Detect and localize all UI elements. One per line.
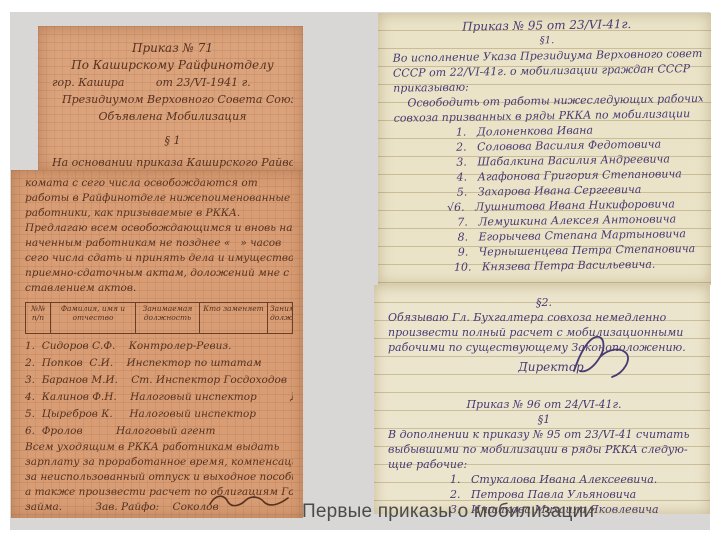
left-document-photo-top: Приказ № 71По Каширскому Райфинотделугор… [38, 26, 303, 172]
table-header-cell: Занимаемая должность [268, 303, 292, 333]
handwritten-line: 3. Баранов М.И. Ст. Инспектор Госдоходов… [25, 372, 293, 389]
handwritten-line: Президиумом Верховного Совета Союза ССР [62, 91, 293, 108]
handwritten-line: Приказ № 96 от 24/VI-41г. [388, 397, 700, 412]
handwritten-line: комата с сего числа освобождаются от [25, 176, 293, 191]
slide-caption: Первые приказы о мобилизации [302, 501, 594, 523]
right-document-photo-order95: Приказ № 95 от 23/VI-41г.§1.Во исполнени… [378, 13, 711, 285]
handwritten-line: выбывшими по мобилизации в ряды РККА сле… [388, 442, 700, 457]
handwritten-line: 4. Калинов Ф.Н. Налоговый инспектор Дыма… [25, 389, 293, 406]
table-header-cell: Фамилия, имя и отчество [51, 303, 136, 333]
handwritten-line: за неиспользованный отпуск и выходное по… [25, 470, 293, 485]
right-document-order96-text: §2.Обязываю Гл. Бухгалтера совхоза немед… [374, 285, 710, 514]
handwritten-line: приемно-сдаточным актам, доложений мне с… [25, 266, 293, 281]
table-header-cell: Кто заменяет [200, 303, 268, 333]
handwritten-line: На основании приказа Каширского Райвоен- [52, 154, 293, 171]
left-document-table-header: №№ п/п Фамилия, имя и отчество Занимаема… [25, 302, 293, 334]
slide-canvas: Приказ № 71По Каширскому Райфинотделугор… [10, 12, 710, 530]
handwritten-line: наченным работникам не позднее « » часов [25, 236, 293, 251]
handwritten-line: По Каширскому Райфинотделу [52, 57, 293, 74]
handwritten-line: 5. Цыребров К. Налоговый инспектор [25, 406, 293, 423]
handwritten-line: а также произвести расчет по облигациям … [25, 485, 293, 500]
right-document-order95-text: Приказ № 95 от 23/VI-41г.§1.Во исполнени… [378, 13, 711, 285]
handwritten-line: Объявлена Мобилизация [52, 108, 293, 125]
handwritten-line: Директор [518, 360, 700, 375]
table-header-cell: Занимаемая должность [136, 303, 200, 333]
handwritten-line: займа. Зав. Райфо: Соколов [25, 500, 293, 515]
handwritten-line: щие рабочие: [388, 457, 700, 472]
handwritten-line: 1. Сидоров С.Ф. Контролер-Ревиз. [25, 338, 293, 355]
handwritten-line: 10. Князева Петра Васильевича. [454, 256, 705, 275]
handwritten-line: §1 [388, 412, 700, 427]
handwritten-line: Приказ № 71 [52, 40, 293, 57]
handwritten-line: произвести полный расчет с мобилизационн… [388, 325, 700, 340]
handwritten-line: 2. Попков С.И. Инспектор по штатам [25, 355, 293, 372]
handwritten-line: §2. [388, 295, 700, 310]
handwritten-line: Всем уходящим в РККА работникам выдать [25, 440, 293, 455]
handwritten-line: сего числа сдать и принять дела и имущес… [25, 251, 293, 266]
handwritten-line: рабочими по существующему Законоположени… [388, 340, 700, 355]
handwritten-line: работники, как призываемые в РККА. [25, 206, 293, 221]
handwritten-line: 6. Фролов Налоговый агент [25, 423, 293, 440]
handwritten-line: Обязываю Гл. Бухгалтера совхоза немедлен… [388, 310, 700, 325]
right-document-photo-order96: §2.Обязываю Гл. Бухгалтера совхоза немед… [374, 285, 710, 514]
handwritten-line: 2. Петрова Павла Ульяновича [450, 487, 700, 502]
left-document-intro-paragraph: комата с сего числа освобождаются отрабо… [25, 176, 293, 296]
handwritten-line: зарплату за проработанное время, компенс… [25, 455, 293, 470]
left-document-bottom-text: комата с сего числа освобождаются отрабо… [11, 170, 303, 518]
handwritten-line: гор. Кашира от 23/VI-1941 г. [52, 74, 293, 91]
handwritten-line: § 1 [52, 132, 293, 149]
left-document-closing-paragraph: Всем уходящим в РККА работникам выдатьза… [25, 440, 293, 515]
left-document-photo-bottom: комата с сего числа освобождаются отрабо… [11, 170, 303, 518]
handwritten-line: Предлагаю всем освобождающимся и вновь н… [25, 221, 293, 236]
left-document-top-text: Приказ № 71По Каширскому Райфинотделугор… [38, 26, 303, 170]
handwritten-line: ставлением актов. [25, 281, 293, 296]
left-document-table-rows: 1. Сидоров С.Ф. Контролер-Ревиз.2. Попко… [25, 338, 293, 440]
handwritten-line: работы в Райфинотделе нижепоименованные [25, 191, 293, 206]
handwritten-line: 1. Стукалова Ивана Алексеевича. [450, 472, 700, 487]
table-header-cell: №№ п/п [26, 303, 51, 333]
handwritten-line: В дополнении к приказу № 95 от 23/VI-41 … [388, 427, 700, 442]
